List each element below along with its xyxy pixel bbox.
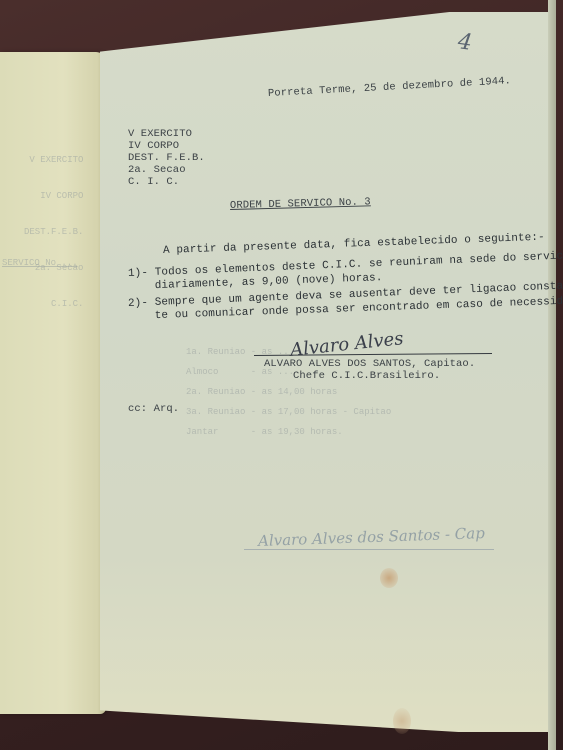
signatory-name: ALVARO ALVES DOS SANTOS, Capitao. <box>264 358 475 370</box>
stain <box>393 708 411 734</box>
letterhead-line: IV CORPO <box>128 140 179 152</box>
letterhead-line: V EXERCITO <box>128 128 192 140</box>
ghost-line: C.I.C. <box>24 298 83 310</box>
stain <box>380 568 398 588</box>
left-page-ghost-title: SERVICO No ... <box>2 257 78 269</box>
ghost-line: V EXERCITO <box>24 154 83 166</box>
faint-line: 2a. Reuniao - as 14,00 horas <box>186 386 337 398</box>
ghost-line: DEST.F.E.B. <box>24 226 83 238</box>
page-edge <box>548 0 556 750</box>
cc-note: cc: Arq. <box>128 403 179 415</box>
faint-line: 1a. Reuniao - as ... <box>186 346 294 358</box>
signatory-role: Chefe C.I.C.Brasileiro. <box>293 370 440 382</box>
letterhead-line: C. I. C. <box>128 176 179 188</box>
letterhead-line: DEST. F.E.B. <box>128 152 205 164</box>
letterhead-line: 2a. Secao <box>128 164 186 176</box>
left-page-ghost-header: V EXERCITO IV CORPO DEST.F.E.B. 2a. Seca… <box>24 130 83 334</box>
faint-line: 3a. Reuniao - as 17,00 horas - Capitao <box>186 406 391 418</box>
faint-signature-line <box>244 549 494 550</box>
ghost-line: IV CORPO <box>24 190 83 202</box>
faint-line: Jantar - as 19,30 horas. <box>186 426 343 438</box>
left-page: V EXERCITO IV CORPO DEST.F.E.B. 2a. Seca… <box>0 52 106 714</box>
